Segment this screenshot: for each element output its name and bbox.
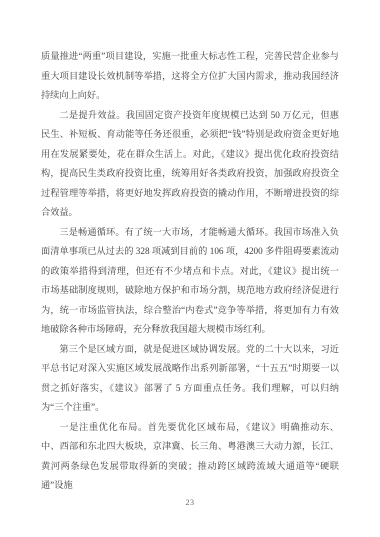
paragraph-third-point-circulation: 三是畅通循环。有了统一大市场，才能畅通大循环。我国市场准入负面清单事项已从过去的… (41, 223, 339, 340)
paragraph-optimize-layout-cutoff: 一是注重优化布局。首先要优化区域布局，《建议》明确推动东、中、西部和东北四大板块… (41, 418, 339, 496)
paragraph-second-point-benefits: 二是提升效益。我国固定资产投资年度规模已达到 50 万亿元，但惠民生、补短板、育… (41, 106, 339, 223)
paragraph-regional-development: 第三个是区域方面，就是促进区域协调发展。党的二十大以来，习近平总书记对深入实施区… (41, 340, 339, 418)
page-footer: 23 (0, 497, 380, 509)
document-page: 质量推进“两重”项目建设，实施一批重大标志性工程，完善民营企业参与重大项目建设长… (0, 0, 380, 537)
body-text: 质量推进“两重”项目建设，实施一批重大标志性工程，完善民营企业参与重大项目建设长… (41, 47, 339, 496)
page-number: 23 (186, 498, 195, 507)
paragraph-continued-from-previous-page: 质量推进“两重”项目建设，实施一批重大标志性工程，完善民营企业参与重大项目建设长… (41, 47, 339, 106)
